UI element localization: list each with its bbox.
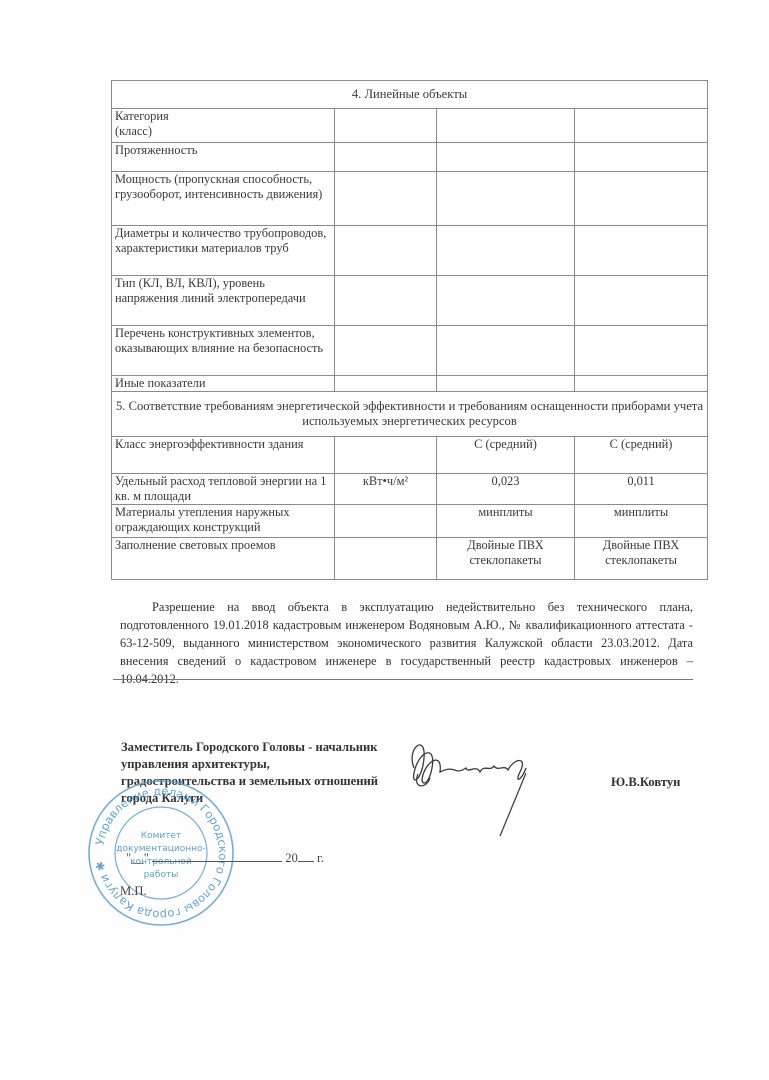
- table-row: Материалы утепления наружных ограждающих…: [112, 505, 708, 538]
- row-value-2: [575, 109, 708, 143]
- table-row: Класс энергоэффективности зданияС (средн…: [112, 437, 708, 474]
- row-label: Мощность (пропускная способность, грузоо…: [112, 172, 335, 226]
- section-header-row: 4. Линейные объекты: [112, 81, 708, 109]
- row-label: Тип (КЛ, ВЛ, КВЛ), уровень напряжения ли…: [112, 276, 335, 326]
- row-value-1: [437, 226, 575, 276]
- table-row: Иные показатели: [112, 376, 708, 392]
- row-value-2: [575, 376, 708, 392]
- row-value-2: 0,011: [575, 474, 708, 505]
- row-label: Удельный расход тепловой энергии на 1 кв…: [112, 474, 335, 505]
- row-unit: [335, 109, 437, 143]
- date-day-blank: "__": [126, 851, 149, 865]
- row-value-2: [575, 143, 708, 172]
- row-label: Категория (класс): [112, 109, 335, 143]
- row-value-2: [575, 226, 708, 276]
- row-value-1: [437, 143, 575, 172]
- row-unit: [335, 143, 437, 172]
- row-label: Класс энергоэффективности здания: [112, 437, 335, 474]
- table-row: Заполнение световых проемовДвойные ПВХ с…: [112, 538, 708, 580]
- row-value-2: [575, 276, 708, 326]
- row-value-1: Двойные ПВХ стеклопакеты: [437, 538, 575, 580]
- row-value-1: [437, 172, 575, 226]
- row-value-1: 0,023: [437, 474, 575, 505]
- row-label: Диаметры и количество трубопроводов, хар…: [112, 226, 335, 276]
- section-title: 4. Линейные объекты: [112, 81, 708, 109]
- table-row: Диаметры и количество трубопроводов, хар…: [112, 226, 708, 276]
- row-label: Перечень конструктивных элементов, оказы…: [112, 326, 335, 376]
- row-unit: кВт•ч/м²: [335, 474, 437, 505]
- row-value-2: Двойные ПВХ стеклопакеты: [575, 538, 708, 580]
- row-label: Материалы утепления наружных ограждающих…: [112, 505, 335, 538]
- row-label: Заполнение световых проемов: [112, 538, 335, 580]
- section-title: 5. Соответствие требованиям энергетическ…: [112, 392, 708, 437]
- row-unit: [335, 538, 437, 580]
- table-row: Удельный расход тепловой энергии на 1 кв…: [112, 474, 708, 505]
- handwritten-signature-icon: [396, 728, 546, 838]
- seal-place-label: М.П.: [120, 884, 147, 899]
- row-value-1: [437, 109, 575, 143]
- row-unit: [335, 326, 437, 376]
- row-value-2: С (средний): [575, 437, 708, 474]
- date-month-blank: [152, 851, 282, 862]
- date-year-blank: [298, 851, 314, 862]
- row-unit: [335, 276, 437, 326]
- row-value-2: [575, 326, 708, 376]
- date-line: "__" 20 г.: [126, 851, 324, 866]
- characteristics-table: 4. Линейные объектыКатегория (класс)Прот…: [111, 80, 708, 580]
- date-year-suffix: г.: [317, 851, 324, 865]
- validity-paragraph-text: Разрешение на ввод объекта в эксплуатаци…: [120, 600, 693, 686]
- validity-paragraph: Разрешение на ввод объекта в эксплуатаци…: [120, 598, 693, 688]
- row-unit: [335, 376, 437, 392]
- date-year-prefix: 20: [285, 851, 298, 865]
- table-row: Категория (класс): [112, 109, 708, 143]
- table-row: Протяженность: [112, 143, 708, 172]
- row-value-1: С (средний): [437, 437, 575, 474]
- row-value-1: [437, 376, 575, 392]
- table-row: Перечень конструктивных элементов, оказы…: [112, 326, 708, 376]
- row-label: Протяженность: [112, 143, 335, 172]
- row-value-1: [437, 276, 575, 326]
- row-unit: [335, 437, 437, 474]
- row-value-2: [575, 172, 708, 226]
- row-unit: [335, 505, 437, 538]
- row-value-1: [437, 326, 575, 376]
- document-page: 4. Линейные объектыКатегория (класс)Прот…: [0, 0, 769, 1080]
- paragraph-underline: [113, 679, 693, 680]
- row-label: Иные показатели: [112, 376, 335, 392]
- row-value-2: минплиты: [575, 505, 708, 538]
- svg-text:работы: работы: [144, 870, 179, 880]
- table-row: Тип (КЛ, ВЛ, КВЛ), уровень напряжения ли…: [112, 276, 708, 326]
- signer-name: Ю.В.Ковтун: [611, 775, 680, 790]
- row-unit: [335, 172, 437, 226]
- section-header-row: 5. Соответствие требованиям энергетическ…: [112, 392, 708, 437]
- row-unit: [335, 226, 437, 276]
- row-value-1: минплиты: [437, 505, 575, 538]
- svg-text:Комитет: Комитет: [141, 831, 182, 841]
- table-row: Мощность (пропускная способность, грузоо…: [112, 172, 708, 226]
